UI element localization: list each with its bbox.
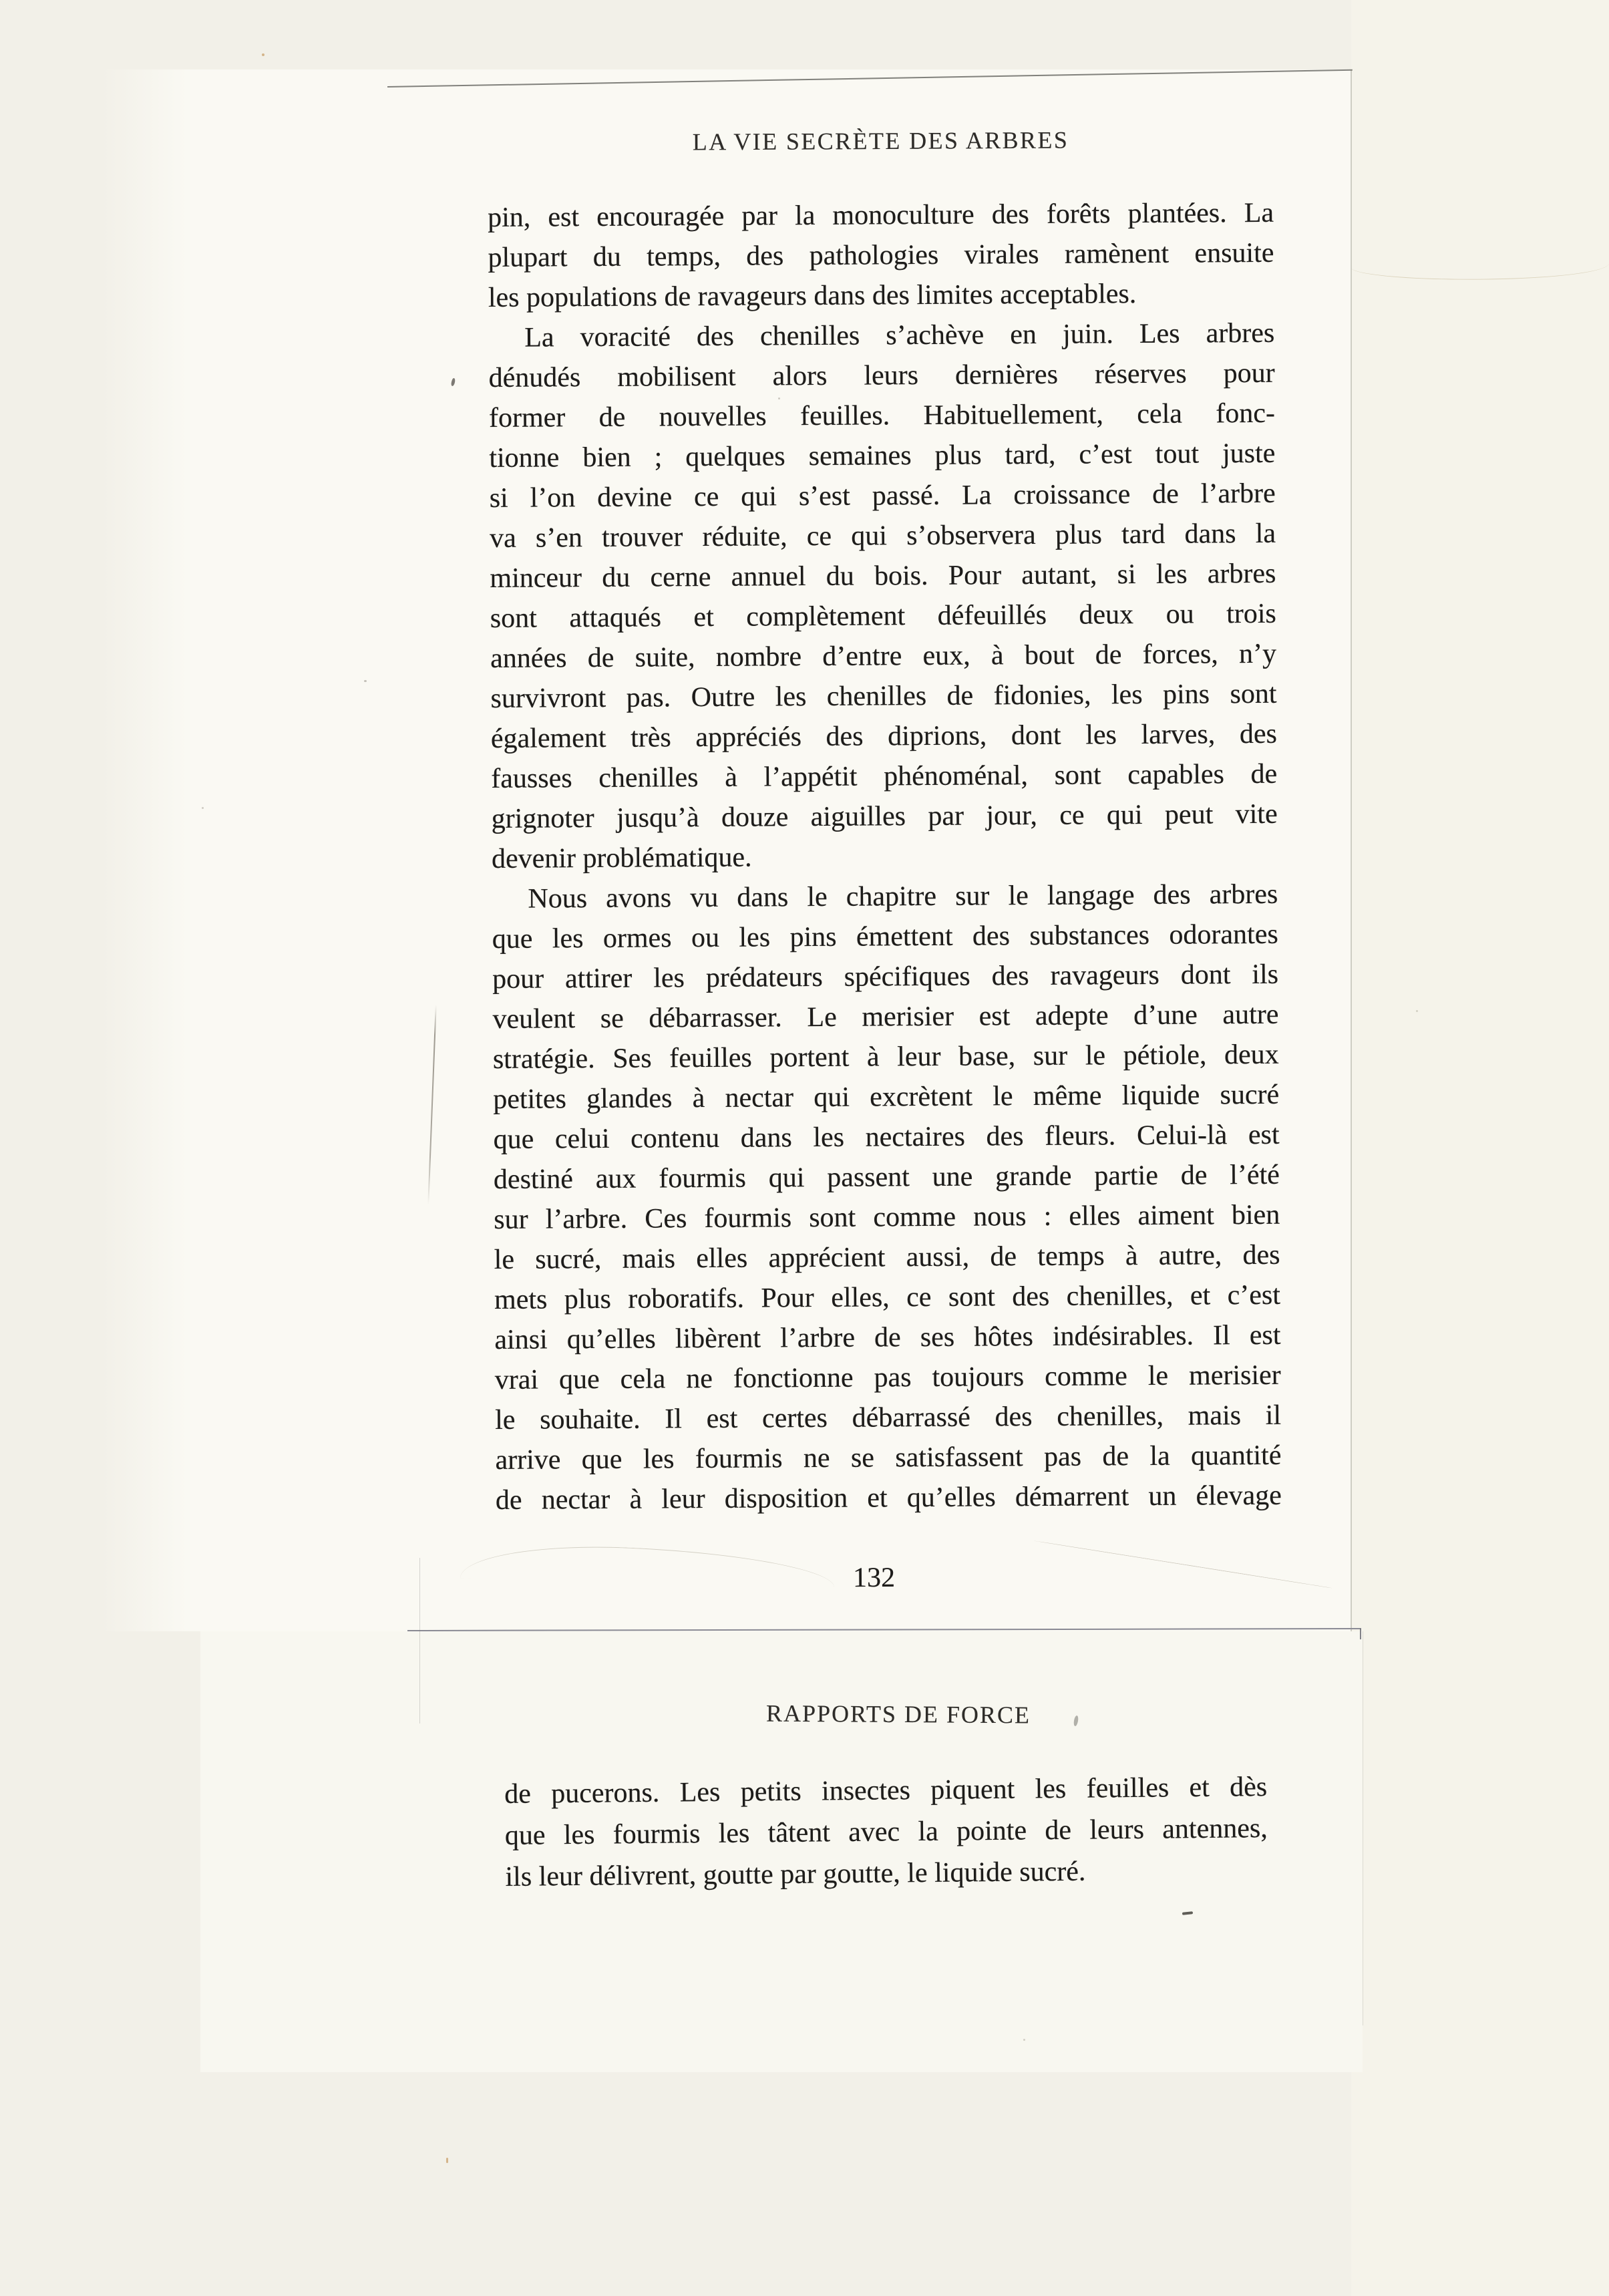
text-line: arrivequelesfourmisnesesatisfassentpasde… <box>495 1436 1281 1480</box>
page-right-edge-line <box>1351 69 1352 1631</box>
text-line: stratégie.Sesfeuillesportentàleurbase,su… <box>493 1035 1279 1080</box>
scanner-background-strip <box>1351 0 1609 2296</box>
text-line: ils leur délivrent, goutte par goutte, l… <box>505 1849 1268 1898</box>
text-line: denectaràleurdispositionetqu’ellesdémarr… <box>496 1476 1282 1520</box>
text-line: Lavoracitédeschenilless’achèveenjuin.Les… <box>488 313 1274 358</box>
text-line: quelesormesoulespinsémettentdessubstance… <box>492 915 1278 959</box>
text-line: égalementtrèsappréciésdesdiprions,dontle… <box>491 714 1277 759</box>
paper-speck <box>202 807 204 809</box>
text-line: vraiquecelanefonctionnepastoujourscommel… <box>495 1355 1281 1400</box>
text-line: lesouhaite.Ilestcertesdébarrassédescheni… <box>495 1396 1281 1440</box>
running-header-page-132: LA VIE SECRÈTE DES ARBRES <box>488 122 1274 160</box>
text-line: plupartdutemps,despathologiesviralesramè… <box>488 233 1274 278</box>
text-line: sil’ondevinecequis’estpassé.Lacroissance… <box>490 474 1276 518</box>
text-line: Nousavonsvudanslechapitresurlelangagedes… <box>492 874 1278 919</box>
text-line: minceurducerneannueldubois.Pourautant,si… <box>490 554 1276 599</box>
paper-speck <box>262 53 264 56</box>
text-line: les populations de ravageurs dans des li… <box>488 273 1274 318</box>
paper-speck <box>1416 1010 1418 1012</box>
text-line: veulentsedébarrasser.Lemerisierestadepte… <box>492 995 1278 1039</box>
text-line: ainsiqu’elleslibèrentl’arbredeseshôtesin… <box>494 1315 1280 1360</box>
paper-speck <box>364 680 367 682</box>
page-divider-corner-tick <box>1360 1629 1361 1639</box>
page-number: 132 <box>481 1559 1267 1597</box>
page-left-soft-edge <box>100 69 187 1631</box>
text-line: quelesfourmislestâtentaveclapointedeleur… <box>505 1808 1268 1856</box>
body-text-next-page: depucerons.Lespetitsinsectespiquentlesfe… <box>504 1766 1268 1898</box>
text-line: depucerons.Lespetitsinsectespiquentlesfe… <box>504 1766 1268 1815</box>
body-text-page-132: pin,estencouragéeparlamonoculturedesforê… <box>488 193 1282 1520</box>
text-line: sontattaquésetcomplètementdéfeuillésdeux… <box>490 594 1276 639</box>
text-line: formerdenouvellesfeuilles.Habituellement… <box>489 393 1275 438</box>
scanned-document: { "colors": { "paper_background": "#f2f0… <box>0 0 1609 2296</box>
text-line: destinéauxfourmisquipassentunegrandepart… <box>494 1155 1280 1200</box>
text-line: pourattirerlesprédateursspécifiquesdesra… <box>492 955 1278 999</box>
text-line: surl’arbre.Cesfourmissontcommenous:elles… <box>494 1195 1280 1240</box>
text-line: annéesdesuite,nombred’entreeux,àboutdefo… <box>490 634 1276 679</box>
text-line: lesucré,maisellesapprécientaussi,detemps… <box>494 1235 1280 1280</box>
running-header-rapports-de-force: RAPPORTS DE FORCE <box>504 1695 1292 1733</box>
text-line: tionnebien;quelquessemainesplustard,c’es… <box>489 434 1275 478</box>
paper-speck <box>446 2158 448 2163</box>
text-line: queceluicontenudanslesnectairesdesfleurs… <box>493 1115 1279 1160</box>
lower-page-right-edge <box>1363 1631 1363 2025</box>
text-line: dénudésmobilisentalorsleursdernièresrése… <box>488 353 1274 398</box>
text-line: survivrontpas.Outreleschenillesdefidonie… <box>490 674 1276 719</box>
paper-speck <box>1023 2039 1025 2041</box>
text-line: pin,estencouragéeparlamonoculturedesforê… <box>488 193 1274 238</box>
text-line: vas’entrouverréduite,cequis’observeraplu… <box>490 514 1276 558</box>
text-line: petitesglandesànectarquiexcrètentlemêmel… <box>493 1075 1279 1120</box>
lower-page-left-edge <box>419 1558 420 1724</box>
text-line: grignoterjusqu’àdouzeaiguillesparjour,ce… <box>491 794 1277 839</box>
text-line: metsplusroboratifs.Pourelles,cesontdesch… <box>494 1275 1280 1320</box>
text-line: fausseschenillesàl’appétitphénoménal,son… <box>491 754 1277 799</box>
text-line: devenir problématique. <box>492 834 1278 879</box>
